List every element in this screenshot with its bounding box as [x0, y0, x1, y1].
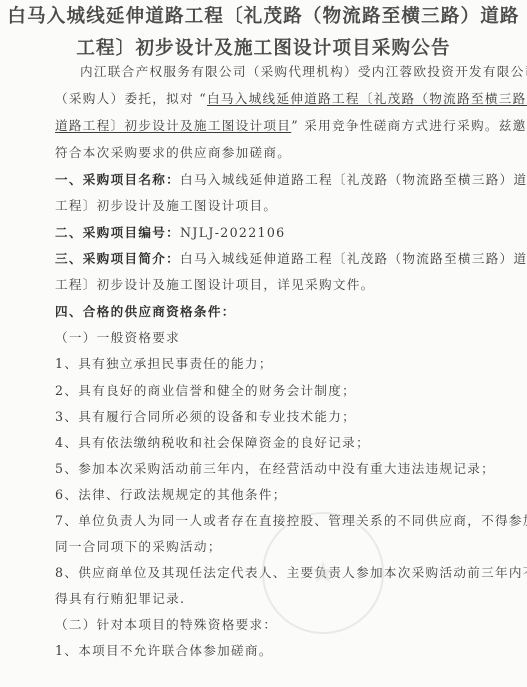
notice-title-line-2: 工程〕初步设计及施工图设计项目采购公告: [0, 34, 527, 60]
general-item: 7、单位负责人为同一人或者存在直接控股、管理关系的不同供应商，不得参加: [55, 513, 527, 529]
section-3-continued: 工程〕初步设计及施工图设计项目，详见采购文件。: [55, 277, 375, 293]
general-item-continued: 得具有行贿犯罪记录.: [55, 591, 185, 607]
section-3-project-summary: 三、采购项目简介：白马入城线延伸道路工程〔礼茂路（物流路至横三路）道路: [55, 251, 527, 267]
section-3-value: 白马入城线延伸道路工程〔礼茂路（物流路至横三路）道路: [180, 251, 527, 266]
procurement-notice-page: 白马入城线延伸道路工程〔礼茂路（物流路至横三路）道路 工程〕初步设计及施工图设计…: [0, 0, 527, 687]
intro-line-3-suffix: ” 采用竞争性磋商方式进行采购。兹邀请: [291, 118, 527, 133]
intro-line-1: 内江联合产权服务有限公司（采购代理机构）受内江蓉欧投资开发有限公司: [80, 64, 527, 80]
general-item: 4、具有依法缴纳税收和社会保障资金的良好记录；: [55, 435, 370, 451]
special-item: 1、本项目不允许联合体参加磋商。: [55, 643, 273, 659]
notice-title-line-1: 白马入城线延伸道路工程〔礼茂路（物流路至横三路）道路: [0, 2, 527, 28]
intro-line-2: （采购人）委托，拟对 “白马入城线延伸道路工程〔礼茂路（物流路至横三路）: [55, 91, 527, 107]
project-name-underlined-2: 道路工程〕初步设计及施工图设计项目: [55, 118, 291, 133]
intro-line-2-prefix: （采购人）委托，拟对 “: [55, 91, 207, 106]
general-item: 6、法律、行政法规规定的其他条件；: [55, 487, 287, 503]
section-2-project-number: 二、采购项目编号：NJLJ-2022106: [55, 225, 285, 241]
project-name-underlined-1: 白马入城线延伸道路工程〔礼茂路（物流路至横三路）: [207, 91, 527, 106]
section-1-continued: 工程〕初步设计及施工图设计项目。: [55, 198, 277, 214]
intro-line-4: 符合本次采购要求的供应商参加磋商。: [55, 145, 291, 161]
section-1-value: 白马入城线延伸道路工程〔礼茂路（物流路至横三路）道路: [180, 172, 527, 187]
general-item: 5、参加本次采购活动前三年内，在经营活动中没有重大违法违规记录；: [55, 461, 495, 477]
section-4-heading: 四、合格的供应商资格条件：: [55, 304, 236, 320]
intro-line-3: 道路工程〕初步设计及施工图设计项目” 采用竞争性磋商方式进行采购。兹邀请: [55, 118, 527, 134]
section-1-label: 一、采购项目名称：: [55, 172, 180, 187]
section-1-project-name: 一、采购项目名称：白马入城线延伸道路工程〔礼茂路（物流路至横三路）道路: [55, 172, 527, 188]
general-item: 8、供应商单位及其现任法定代表人、主要负责人参加本次采购活动前三年内不: [55, 565, 527, 581]
general-item: 3、具有履行合同所必须的设备和专业技术能力；: [55, 409, 356, 425]
section-3-label: 三、采购项目简介：: [55, 251, 180, 266]
section-2-value: NJLJ-2022106: [180, 225, 285, 240]
general-item: 1、具有独立承担民事责任的能力；: [55, 356, 273, 372]
section-2-label: 二、采购项目编号：: [55, 225, 180, 240]
general-item-continued: 同一合同项下的采购活动；: [55, 539, 222, 555]
special-requirements-heading: （二）针对本项目的特殊资格要求：: [55, 617, 277, 633]
general-requirements-heading: （一）一般资格要求: [55, 330, 180, 346]
general-item: 2、具有良好的商业信誉和健全的财务会计制度；: [55, 383, 356, 399]
